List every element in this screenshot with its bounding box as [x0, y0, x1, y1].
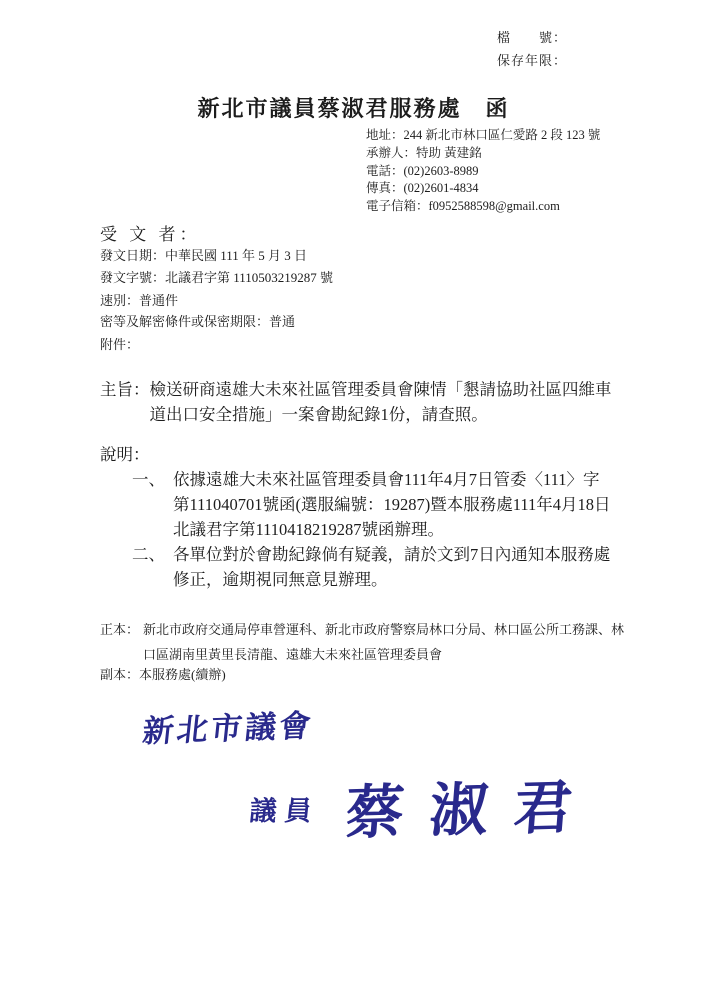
signature-council-name: 新北市議會: [141, 700, 316, 751]
explanation-item-2-text: 各單位對於會勘紀錄倘有疑義，請於文到7日內通知本服務處修正，逾期視同無意見辦理。: [173, 542, 614, 592]
subject-text: 檢送研商遠雄大未來社區管理委員會陳情「懇請協助社區四維車道出口安全措施」一案會勘…: [150, 377, 614, 427]
sender-phone: 電話：(02)2603-8989: [366, 163, 600, 181]
archival-labels: 檔 號： 保存年限：: [497, 26, 567, 72]
attachment-label: 附件：: [100, 337, 139, 353]
sender-contact-person: 承辦人：特助 黃建銘: [366, 145, 600, 163]
explanation-item-1-number: 一、: [132, 467, 173, 542]
explanation-item-1-text: 依據遠雄大未來社區管理委員會111年4月7日管委〈111〉字第111040701…: [173, 467, 614, 542]
recipient-label: 受 文 者：: [100, 220, 201, 245]
security-classification: 密等及解密條件或保密期限：普通: [100, 314, 295, 330]
explanation-item-2-number: 二、: [132, 542, 173, 592]
delivery-speed: 速別：普通件: [100, 293, 178, 309]
sender-address: 地址：244 新北市林口區仁愛路 2 段 123 號: [366, 127, 600, 145]
sender-email: 電子信箱：f0952588598@gmail.com: [366, 198, 600, 216]
document-page: 檔 號： 保存年限： 新北市議員蔡淑君服務處 函 地址：244 新北市林口區仁愛…: [0, 0, 707, 1000]
signature-member-title: 議員: [248, 789, 322, 828]
explanation-label: 說明：: [100, 442, 150, 467]
copy-recipients-label: 副本：: [100, 667, 139, 682]
subject-label: 主旨：: [100, 377, 150, 427]
original-recipients-text: 新北市政府交通局停車營運科、新北市政府警察局林口分局、林口區公所工務課、林口區湖…: [143, 617, 628, 667]
copy-recipients-text: 本服務處(續辦): [139, 667, 226, 682]
copy-recipients-row: 副本：本服務處(續辦): [100, 667, 226, 683]
original-recipients-label: 正本：: [100, 617, 143, 667]
explanation-item-1: 一、 依據遠雄大未來社區管理委員會111年4月7日管委〈111〉字第111040…: [132, 467, 614, 542]
issue-date: 發文日期：中華民國 111 年 5 月 3 日: [100, 248, 307, 264]
retention-period-label: 保存年限：: [497, 49, 567, 72]
document-number: 發文字號：北議君字第 1110503219287 號: [100, 270, 333, 286]
original-recipients-row: 正本： 新北市政府交通局停車營運科、新北市政府警察局林口分局、林口區公所工務課、…: [100, 617, 628, 667]
subject-section: 主旨： 檢送研商遠雄大未來社區管理委員會陳情「懇請協助社區四維車道出口安全措施」…: [100, 377, 613, 427]
sender-contact-block: 地址：244 新北市林口區仁愛路 2 段 123 號 承辦人：特助 黃建銘 電話…: [366, 127, 600, 216]
file-number-label: 檔 號：: [497, 26, 567, 49]
sender-fax: 傳真：(02)2601-4834: [366, 180, 600, 198]
signature-member-name: 蔡淑君: [343, 759, 602, 850]
signature-block: 議員 蔡淑君: [250, 766, 598, 850]
explanation-item-2: 二、 各單位對於會勘紀錄倘有疑義，請於文到7日內通知本服務處修正，逾期視同無意見…: [132, 542, 614, 592]
document-title: 新北市議員蔡淑君服務處 函: [0, 92, 707, 123]
